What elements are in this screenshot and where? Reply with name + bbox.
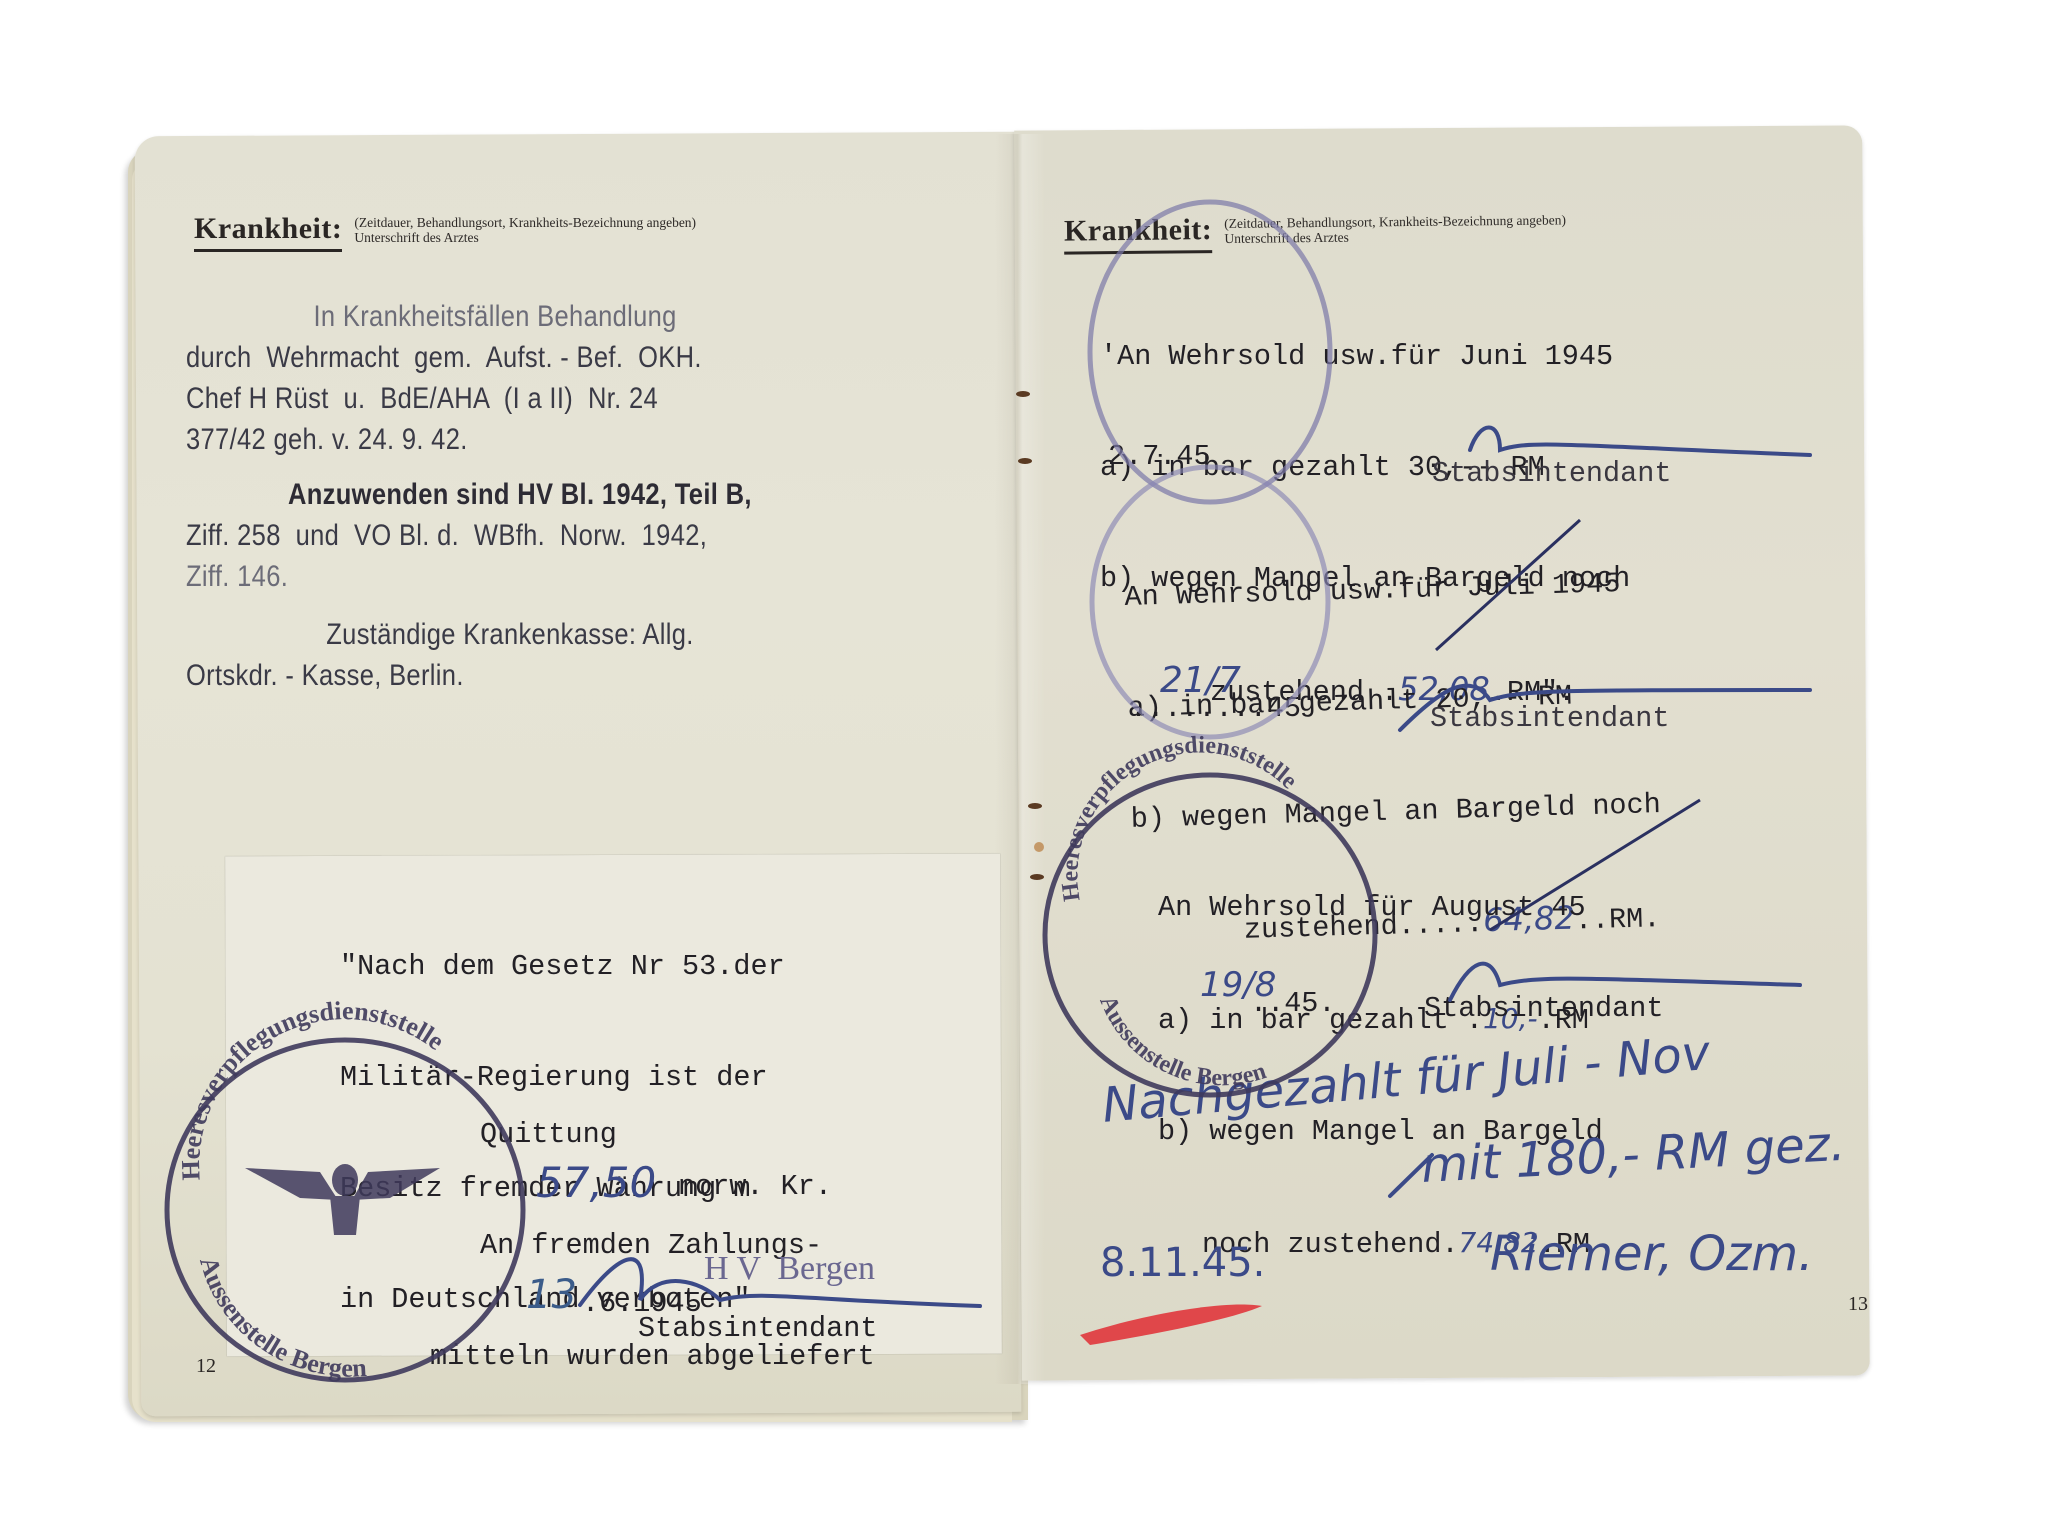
header-note-line2: Unterschrift des Arztes: [1224, 230, 1349, 246]
entry-month-line: An Wehrsold usw.für Juli 1945: [1124, 564, 1655, 616]
binding-hole: [1030, 874, 1044, 880]
entry-month-line: 'An Wehrsold usw.für Juni 1945: [1100, 338, 1630, 375]
receipt-currency: norw. Kr.: [678, 1168, 832, 1205]
entry-date: 2.7.45: [1108, 438, 1211, 475]
header-note-line1: (Zeitdauer, Behandlungsort, Krankheits-B…: [354, 215, 696, 230]
right-page-header: Krankheit: (Zeitdauer, Behandlungsort, K…: [1064, 209, 1566, 254]
health-insurance-stamp-2: Anzuwenden sind HV Bl. 1942, Teil B, Zif…: [186, 474, 1147, 597]
header-note-line2: Unterschrift des Arztes: [354, 230, 478, 245]
header-note-line1: (Zeitdauer, Behandlungsort, Krankheits-B…: [1224, 212, 1566, 231]
entry-role: Stabsintendant: [1430, 700, 1669, 737]
header-title: Krankheit:: [194, 212, 342, 252]
notice-line: "Nach dem Gesetz Nr 53.der: [340, 948, 785, 985]
stamp-line: In Krankheitsfällen Behandlung: [186, 296, 1147, 337]
receipt-title: Quittung: [430, 1116, 875, 1153]
stamp-line: 377/42 geh. v. 24. 9. 42.: [186, 419, 1147, 460]
left-page-header: Krankheit: (Zeitdauer, Behandlungsort, K…: [194, 212, 696, 252]
stamp-line: durch Wehrmacht gem. Aufst. - Bef. OKH.: [186, 337, 1147, 378]
stamp-line: Chef H Rüst u. BdE/AHA (I a II) Nr. 24: [186, 378, 1147, 419]
health-insurance-stamp-1: In Krankheitsfällen Behandlung durch Weh…: [186, 296, 1147, 460]
receipt-amount: 57,50: [536, 1158, 656, 1207]
health-insurance-stamp-3: Zuständige Krankenkasse: Allg. Ortskdr. …: [186, 614, 1147, 696]
handwritten-note-date: 8.11.45.: [1100, 1240, 1265, 1286]
binding-hole: [1028, 803, 1042, 809]
stamp-line: Ziff. 146.: [186, 556, 1147, 597]
entry-role: Stabsintendant: [1432, 455, 1671, 492]
handwritten-note-signature: Riemer, Ozm.: [1490, 1226, 1813, 1282]
entry-date-suffix: ........45: [1130, 690, 1301, 727]
header-note: (Zeitdauer, Behandlungsort, Krankheits-B…: [354, 215, 696, 245]
entry-date-suffix: ..45.: [1250, 985, 1336, 1022]
entry-role: Stabsintendant: [1424, 990, 1663, 1027]
stamp-line: Zuständige Krankenkasse: Allg.: [186, 614, 1147, 655]
entry-month-line: An Wehrsold für August 45: [1158, 889, 1603, 926]
stamp-line: Ziff. 258 und VO Bl. d. WBfh. Norw. 1942…: [186, 515, 1147, 556]
page-number-right: 13: [1848, 1293, 1868, 1316]
header-title: Krankheit:: [1064, 213, 1213, 255]
stamp-line: Anzuwenden sind HV Bl. 1942, Teil B,: [186, 474, 1147, 515]
slip-receipt: Quittung An fremden Zahlungs- mitteln wu…: [430, 1042, 875, 1449]
soldbuch-spread: Krankheit: (Zeitdauer, Behandlungsort, K…: [0, 0, 2048, 1536]
receipt-date-day: 13: [526, 1272, 577, 1318]
receipt-role: Stabsintendant: [638, 1310, 877, 1347]
header-note: (Zeitdauer, Behandlungsort, Krankheits-B…: [1224, 212, 1566, 246]
office-stamp-hv-bergen: H V Bergen: [704, 1250, 875, 1288]
rust-mark: [1034, 842, 1044, 852]
stamp-line: Ortskdr. - Kasse, Berlin.: [186, 655, 1147, 696]
page-number-left: 12: [196, 1355, 216, 1378]
